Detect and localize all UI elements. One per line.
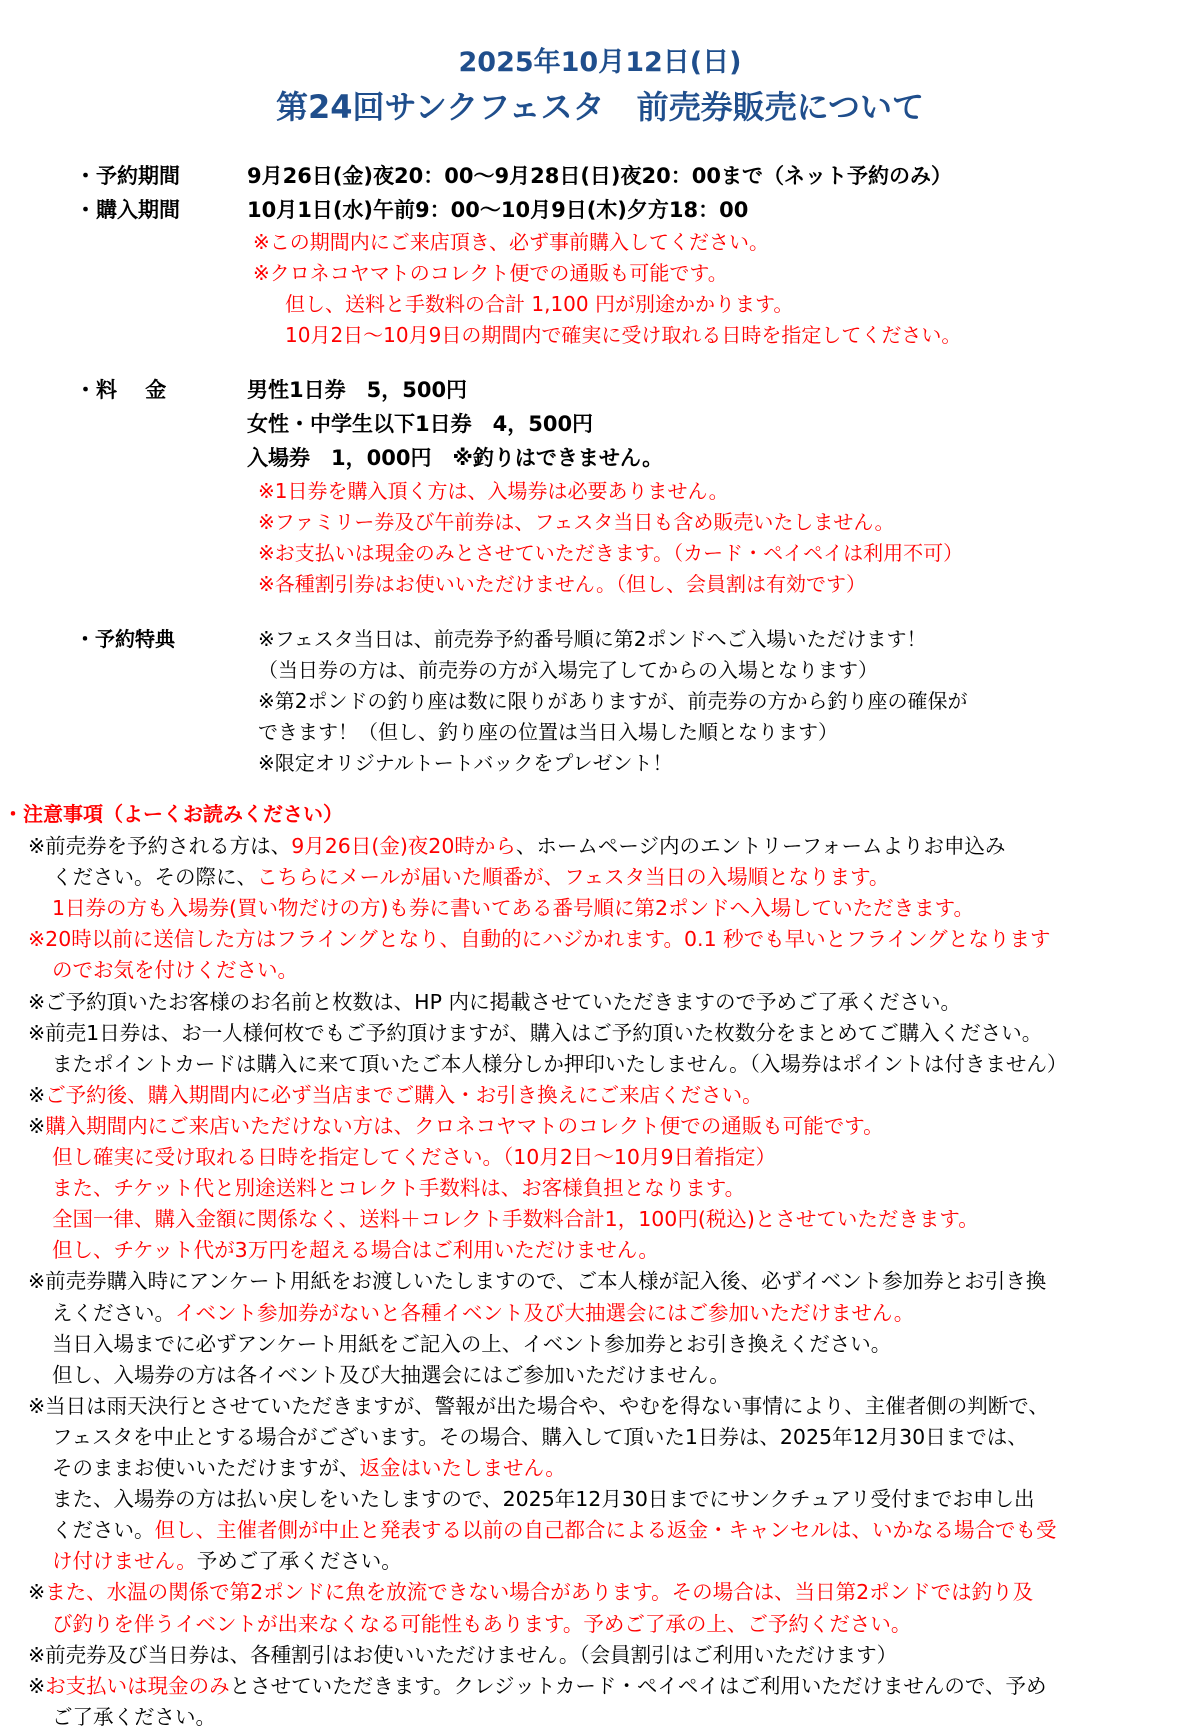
body-text: えください。 bbox=[52, 1301, 175, 1325]
purchase-period-value: 10月1日(水)午前9：00～10月9日(木)夕方18：00 bbox=[247, 196, 748, 224]
emphasis-text: また、チケット代と別途送料とコレクト手数料は、お客様負担となります。 bbox=[52, 1176, 745, 1200]
notice-line: のでお気を付けください。 bbox=[52, 956, 298, 984]
notices-label: ・注意事項（よーくお読みください） bbox=[3, 800, 343, 828]
notice-line: また、チケット代と別途送料とコレクト手数料は、お客様負担となります。 bbox=[52, 1174, 745, 1202]
price-item: 男性1日券 5，500円 bbox=[247, 376, 467, 404]
notice-line: 全国一律、購入金額に関係なく、送料＋コレクト手数料合計1，100円(税込)とさせ… bbox=[52, 1205, 979, 1233]
purchase-period-label: ・購入期間 bbox=[75, 196, 180, 224]
body-text: 予めご了承ください。 bbox=[197, 1549, 402, 1573]
pricing-label: ・料 金 bbox=[75, 376, 166, 404]
body-text: ※前売券購入時にアンケート用紙をお渡しいたしますので、ご本人様が記入後、必ずイベ… bbox=[28, 1269, 1046, 1293]
body-text: そのままお使いいただけますが、 bbox=[52, 1456, 360, 1480]
body-text: ※ bbox=[28, 1580, 45, 1604]
body-text: ください。 bbox=[52, 1518, 155, 1542]
notice-line: 当日入場までに必ずアンケート用紙をご記入の上、イベント参加券とお引き換えください… bbox=[52, 1330, 891, 1358]
notice-line: び釣りを伴うイベントが出来なくなる可能性もあります。予めご了承の上、ご予約くださ… bbox=[52, 1610, 911, 1638]
body-text: ※ bbox=[28, 1114, 45, 1138]
benefit-line: ※フェスタ当日は、前売券予約番号順に第2ポンドへご入場いただけます！ bbox=[258, 625, 926, 653]
notice-line: そのままお使いいただけますが、返金はいたしません。 bbox=[52, 1454, 566, 1482]
notice-line: ※ご予約後、購入期間内に必ず当店までご購入・お引き換えにご来店ください。 bbox=[28, 1081, 763, 1109]
notice-line: ※ご予約頂いたお客様のお名前と枚数は、HP 内に掲載させていただきますので予めご… bbox=[28, 988, 961, 1016]
purchase-note: ※クロネコヤマトのコレクト便での通販も可能です。 bbox=[253, 259, 728, 287]
notice-line: ※前売券を予約される方は、9月26日(金)夜20時から、ホームページ内のエントリ… bbox=[28, 832, 1005, 860]
price-item: 女性・中学生以下1日券 4，500円 bbox=[247, 410, 593, 438]
emphasis-text: ご予約後、購入期間内に必ず当店までご購入・お引き換えにご来店ください。 bbox=[45, 1083, 763, 1107]
body-text: ※当日は雨天決行とさせていただきますが、警報が出た場合や、やむを得ない事情により… bbox=[28, 1394, 1049, 1418]
emphasis-text: 但し確実に受け取れる日時を指定してください。（10月2日～10月9日着指定） bbox=[52, 1145, 776, 1169]
notice-line: 但し、入場券の方は各イベント及び大抽選会にはご参加いただけません。 bbox=[52, 1361, 730, 1389]
emphasis-text: イベント参加券がないと各種イベント及び大抽選会にはご参加いただけません。 bbox=[175, 1301, 914, 1325]
notice-line: フェスタを中止とする場合がございます。その場合、購入して頂いた1日券は、2025… bbox=[52, 1423, 1028, 1451]
notice-line: け付けません。予めご了承ください。 bbox=[52, 1547, 402, 1575]
notice-line: また、入場券の方は払い戻しをいたしますので、2025年12月30日までにサンクチ… bbox=[52, 1485, 1035, 1513]
benefit-line: できます！（但し、釣り座の位置は当日入場した順となります） bbox=[258, 718, 838, 746]
notice-line: 1日券の方も入場券(買い物だけの方)も券に書いてある番号順に第2ポンドへ入場して… bbox=[52, 894, 974, 922]
purchase-note: ※この期間内にご来店頂き、必ず事前購入してください。 bbox=[253, 228, 769, 256]
emphasis-text: 返金はいたしません。 bbox=[360, 1456, 566, 1480]
body-text: とさせていただきます。クレジットカード・ペイペイはご利用いただけませんので、予め bbox=[230, 1674, 1047, 1698]
reservation-period-value: 9月26日(金)夜20：00～9月28日(日)夜20：00まで（ネット予約のみ） bbox=[247, 162, 952, 190]
notice-line: ※当日は雨天決行とさせていただきますが、警報が出た場合や、やむを得ない事情により… bbox=[28, 1392, 1049, 1420]
emphasis-text: ※20時以前に送信した方はフライングとなり、自動的にハジかれます。0.1 秒でも… bbox=[28, 927, 1051, 951]
notice-line: 但し確実に受け取れる日時を指定してください。（10月2日～10月9日着指定） bbox=[52, 1143, 776, 1171]
body-text: ※前売券及び当日券は、各種割引はお使いいただけません。（会員割引はご利用いただけ… bbox=[28, 1643, 897, 1667]
benefit-line: ※第2ポンドの釣り座は数に限りがありますが、前売券の方から釣り座の確保が bbox=[258, 687, 967, 715]
pricing-note: ※各種割引券はお使いいただけません。（但し、会員割は有効です） bbox=[258, 570, 866, 598]
body-text: ご了承ください。 bbox=[52, 1705, 216, 1727]
notice-line: ※前売券及び当日券は、各種割引はお使いいただけません。（会員割引はご利用いただけ… bbox=[28, 1641, 897, 1669]
body-text: ※ご予約頂いたお客様のお名前と枚数は、HP 内に掲載させていただきますので予めご… bbox=[28, 990, 961, 1014]
body-text: 当日入場までに必ずアンケート用紙をご記入の上、イベント参加券とお引き換えください… bbox=[52, 1332, 891, 1356]
pricing-note: ※お支払いは現金のみとさせていただきます。（カード・ペイペイは利用不可） bbox=[258, 539, 963, 567]
notice-line: ください。但し、主催者側が中止と発表する以前の自己都合による返金・キャンセルは、… bbox=[52, 1516, 1057, 1544]
benefit-line: （当日券の方は、前売券の方が入場完了してからの入場となります） bbox=[258, 656, 878, 684]
notice-line: ※お支払いは現金のみとさせていただきます。クレジットカード・ペイペイはご利用いた… bbox=[28, 1672, 1047, 1700]
reservation-period-label: ・予約期間 bbox=[75, 162, 180, 190]
notice-line: ※20時以前に送信した方はフライングとなり、自動的にハジかれます。0.1 秒でも… bbox=[28, 925, 1051, 953]
event-date: 2025年10月12日(日) bbox=[0, 40, 1200, 79]
benefits-label: ・予約特典 bbox=[75, 625, 175, 653]
emphasis-text: こちらにメールが届いた順番が、フェスタ当日の入場順となります。 bbox=[257, 865, 889, 889]
body-text: 但し、入場券の方は各イベント及び大抽選会にはご参加いただけません。 bbox=[52, 1363, 730, 1387]
notice-line: ※購入期間内にご来店いただけない方は、クロネコヤマトのコレクト便での通販も可能で… bbox=[28, 1112, 884, 1140]
notice-line: ください。その際に、こちらにメールが届いた順番が、フェスタ当日の入場順となります… bbox=[52, 863, 889, 891]
emphasis-text: のでお気を付けください。 bbox=[52, 958, 298, 982]
body-text: 、ホームページ内のエントリーフォームよりお申込み bbox=[516, 834, 1006, 858]
body-text: ※ bbox=[28, 1674, 45, 1698]
emphasis-text: 但し、主催者側が中止と発表する以前の自己都合による返金・キャンセルは、いかなる場… bbox=[155, 1518, 1057, 1542]
emphasis-text: 購入期間内にご来店いただけない方は、クロネコヤマトのコレクト便での通販も可能です… bbox=[45, 1114, 883, 1138]
pricing-note: ※1日券を購入頂く方は、入場券は必要ありません。 bbox=[258, 477, 729, 505]
price-item: 入場券 1，000円 ※釣りはできません。 bbox=[247, 444, 663, 472]
emphasis-text: また、水温の関係で第2ポンドに魚を放流できない場合があります。その場合は、当日第… bbox=[45, 1580, 1033, 1604]
pricing-note: ※ファミリー券及び午前券は、フェスタ当日も含め販売いたしません。 bbox=[258, 508, 895, 536]
page-title: 第24回サンクフェスタ 前売券販売について bbox=[0, 82, 1200, 128]
notice-line: えください。イベント参加券がないと各種イベント及び大抽選会にはご参加いただけませ… bbox=[52, 1299, 914, 1327]
body-text: またポイントカードは購入に来て頂いたご本人様分しか押印いたしません。（入場券はポ… bbox=[52, 1052, 1067, 1076]
body-text: ※前売1日券は、お一人様何枚でもご予約頂けますが、購入はご予約頂いた枚数分をまと… bbox=[28, 1021, 1042, 1045]
notice-line: ※また、水温の関係で第2ポンドに魚を放流できない場合があります。その場合は、当日… bbox=[28, 1578, 1033, 1606]
body-text: ※前売券を予約される方は、 bbox=[28, 834, 291, 858]
purchase-note: 但し、送料と手数料の合計 1,100 円が別途かかります。 bbox=[285, 290, 793, 318]
emphasis-text: び釣りを伴うイベントが出来なくなる可能性もあります。予めご了承の上、ご予約くださ… bbox=[52, 1612, 911, 1636]
notice-line: 但し、チケット代が3万円を超える場合はご利用いただけません。 bbox=[52, 1236, 659, 1264]
emphasis-text: け付けません。 bbox=[52, 1549, 197, 1573]
emphasis-text: 9月26日(金)夜20時から bbox=[291, 834, 516, 858]
purchase-note: 10月2日～10月9日の期間内で確実に受け取れる日時を指定してください。 bbox=[285, 321, 961, 349]
benefit-line: ※限定オリジナルトートバックをプレゼント！ bbox=[258, 749, 673, 777]
notice-line: またポイントカードは購入に来て頂いたご本人様分しか押印いたしません。（入場券はポ… bbox=[52, 1050, 1067, 1078]
emphasis-text: 全国一律、購入金額に関係なく、送料＋コレクト手数料合計1，100円(税込)とさせ… bbox=[52, 1207, 979, 1231]
body-text: ※ bbox=[28, 1083, 45, 1107]
emphasis-text: 但し、チケット代が3万円を超える場合はご利用いただけません。 bbox=[52, 1238, 659, 1262]
body-text: ください。その際に、 bbox=[52, 865, 257, 889]
body-text: フェスタを中止とする場合がございます。その場合、購入して頂いた1日券は、2025… bbox=[52, 1425, 1028, 1449]
emphasis-text: 1日券の方も入場券(買い物だけの方)も券に書いてある番号順に第2ポンドへ入場して… bbox=[52, 896, 974, 920]
notice-line: ※前売1日券は、お一人様何枚でもご予約頂けますが、購入はご予約頂いた枚数分をまと… bbox=[28, 1019, 1042, 1047]
body-text: また、入場券の方は払い戻しをいたしますので、2025年12月30日までにサンクチ… bbox=[52, 1487, 1035, 1511]
notice-line: ご了承ください。 bbox=[52, 1703, 216, 1727]
notice-line: ※前売券購入時にアンケート用紙をお渡しいたしますので、ご本人様が記入後、必ずイベ… bbox=[28, 1267, 1046, 1295]
emphasis-text: お支払いは現金のみ bbox=[45, 1674, 230, 1698]
